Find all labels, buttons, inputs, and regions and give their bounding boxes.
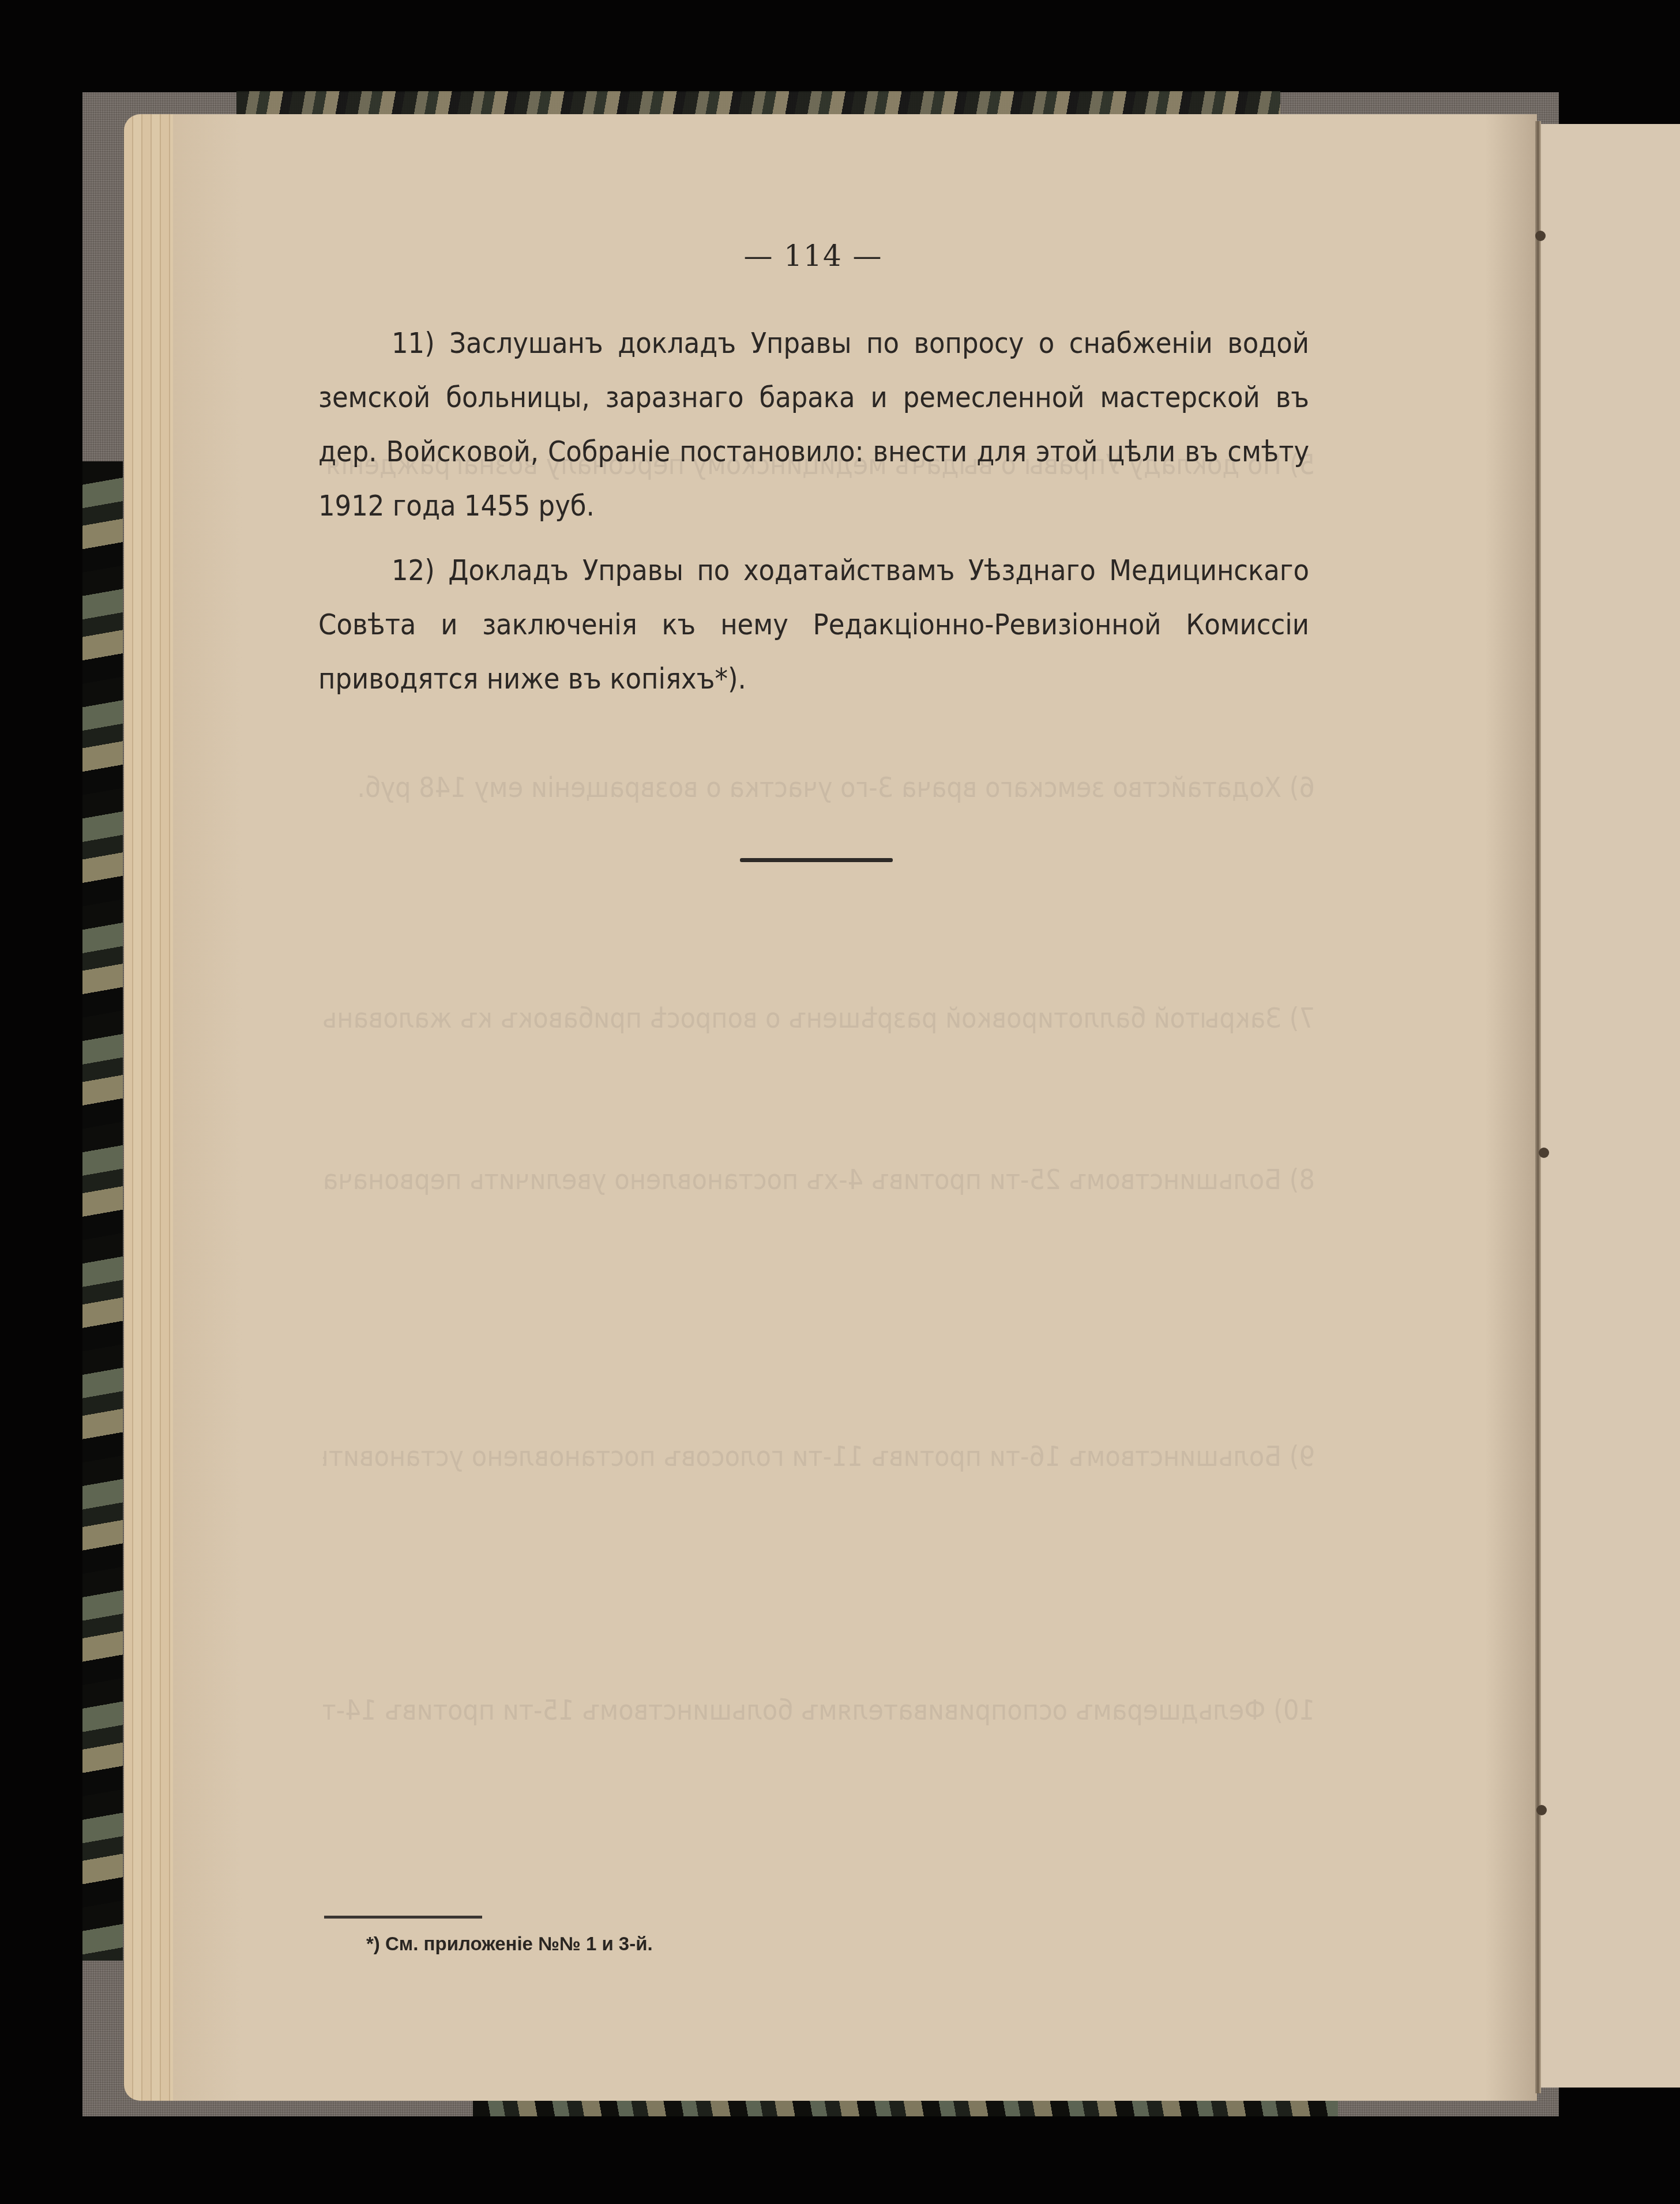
binding-thread-mark	[1539, 1148, 1549, 1158]
section-divider-rule	[740, 858, 893, 862]
page-edges-stack	[124, 114, 179, 2101]
paragraph-12: 12) Докладъ Управы по ходатайствамъ Уѣзд…	[318, 543, 1309, 706]
book-gutter	[1535, 121, 1541, 2093]
binding-thread-mark	[1536, 1805, 1547, 1815]
bleed-through-text: 8) Большинствомъ 25-ти противъ 4-хъ пост…	[323, 1153, 1315, 1206]
bleed-through-text: 9) Большинствомъ 16-ти противъ 11-ти гол…	[323, 1430, 1315, 1483]
binding-thread-mark	[1535, 231, 1546, 241]
marbled-edge-top	[236, 91, 1280, 115]
marbled-edge-left	[82, 461, 123, 1961]
body-text: 11) Заслушанъ докладъ Управы по вопросу …	[318, 316, 1309, 706]
page-number: — 114 —	[721, 239, 905, 273]
footnote: *) См. приложеніе №№ 1 и 3-й.	[366, 1933, 653, 1955]
paragraph-11: 11) Заслушанъ докладъ Управы по вопросу …	[318, 316, 1309, 533]
marbled-edge-bottom	[473, 2099, 1338, 2116]
bleed-through-text: 10) Фельдшерамъ оспопрививателямъ больши…	[323, 1684, 1315, 1737]
bleed-through-text: 7) Закрытой баллотировкой разрѣшенъ о во…	[323, 992, 1315, 1045]
bleed-through-text: 6) Ходатайство земскаго врача 3-го участ…	[323, 761, 1315, 814]
footnote-rule	[324, 1916, 482, 1919]
book-page-right	[1541, 124, 1680, 2088]
